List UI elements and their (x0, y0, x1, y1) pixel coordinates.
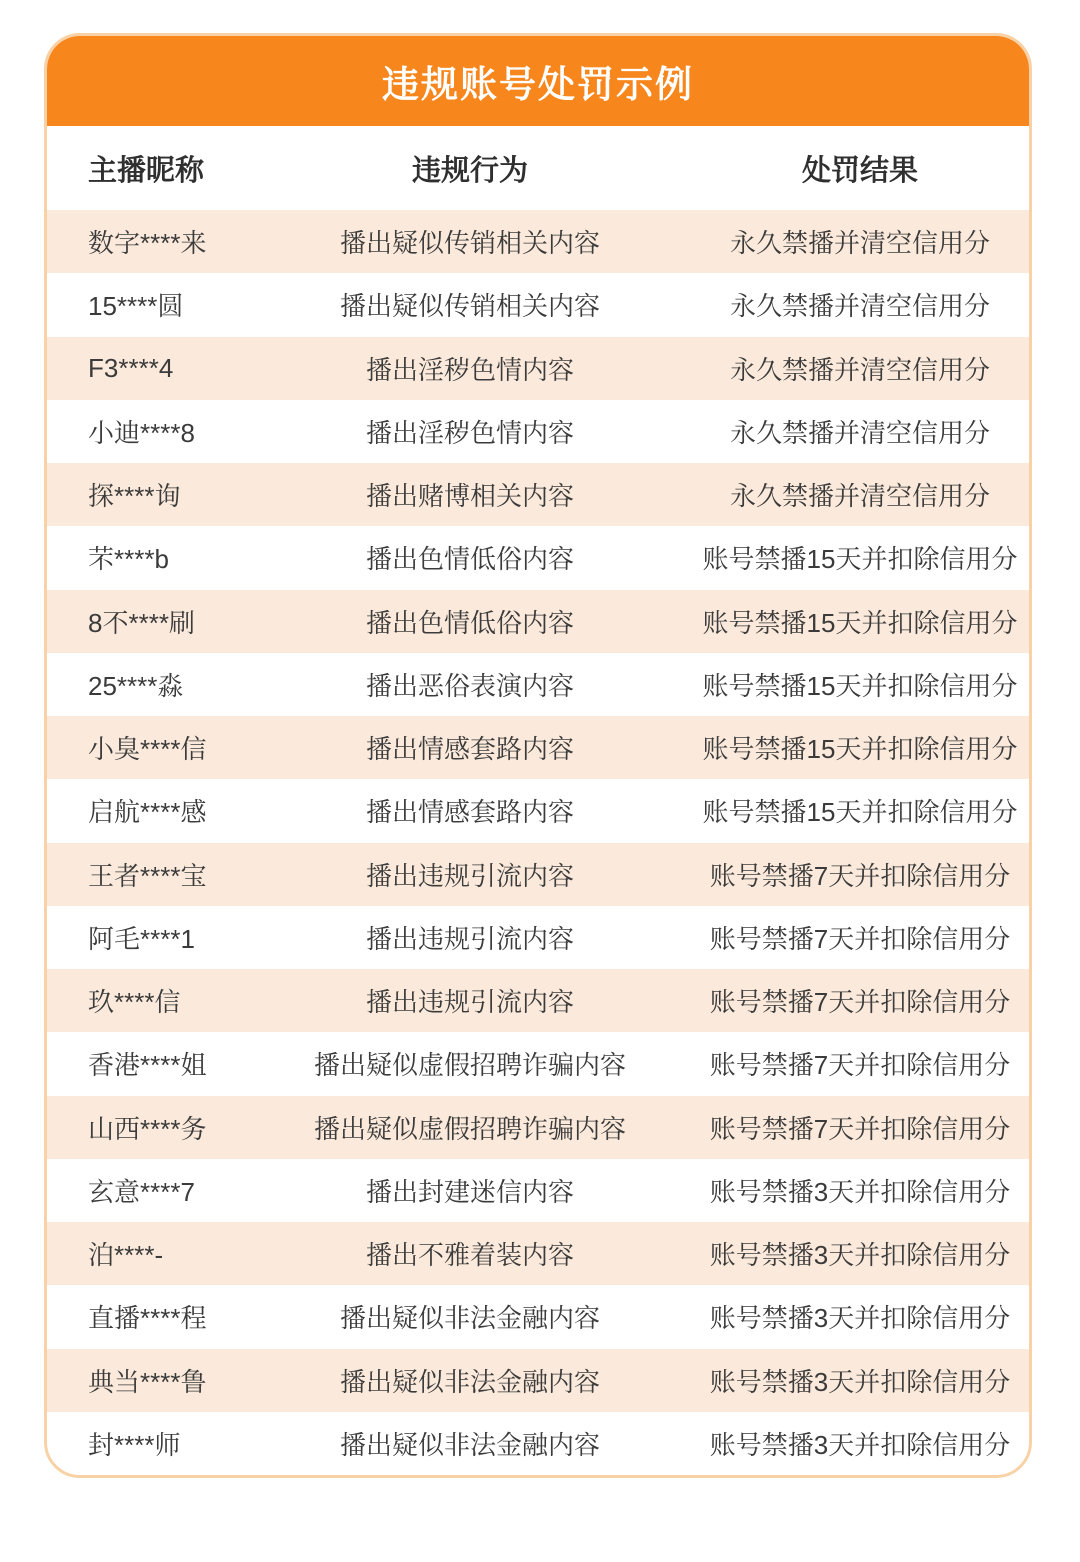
nickname-cell: 玖****信 (47, 982, 249, 1019)
violation-cell: 播出恶俗表演内容 (249, 666, 691, 703)
violation-cell: 播出淫秽色情内容 (249, 350, 691, 387)
nickname-cell: 香港****姐 (47, 1045, 249, 1082)
nickname-cell: 芣****b (47, 539, 249, 576)
table-row: 小迪****8播出淫秽色情内容永久禁播并清空信用分 (47, 400, 1029, 463)
table-row: 8不****刷播出色情低俗内容账号禁播15天并扣除信用分 (47, 590, 1029, 653)
violation-cell: 播出疑似非法金融内容 (249, 1298, 691, 1335)
result-cell: 账号禁播15天并扣除信用分 (691, 603, 1029, 640)
table-row: 泊****-播出不雅着装内容账号禁播3天并扣除信用分 (47, 1222, 1029, 1285)
violation-cell: 播出色情低俗内容 (249, 603, 691, 640)
violation-cell: 播出淫秽色情内容 (249, 413, 691, 450)
penalty-examples-card: 违规账号处罚示例 主播昵称 违规行为 处罚结果 数字****来播出疑似传销相关内… (44, 33, 1032, 1478)
table-row: 小臭****信播出情感套路内容账号禁播15天并扣除信用分 (47, 716, 1029, 779)
violation-cell: 播出疑似虚假招聘诈骗内容 (249, 1045, 691, 1082)
table-row: 香港****姐播出疑似虚假招聘诈骗内容账号禁播7天并扣除信用分 (47, 1032, 1029, 1095)
nickname-cell: 典当****鲁 (47, 1362, 249, 1399)
result-cell: 账号禁播3天并扣除信用分 (691, 1172, 1029, 1209)
violation-cell: 播出疑似传销相关内容 (249, 286, 691, 323)
violation-cell: 播出情感套路内容 (249, 792, 691, 829)
nickname-cell: 王者****宝 (47, 856, 249, 893)
result-cell: 永久禁播并清空信用分 (691, 286, 1029, 323)
violation-cell: 播出疑似非法金融内容 (249, 1425, 691, 1462)
violation-cell: 播出封建迷信内容 (249, 1172, 691, 1209)
violation-cell: 播出赌博相关内容 (249, 476, 691, 513)
result-cell: 账号禁播3天并扣除信用分 (691, 1298, 1029, 1335)
table-row: 数字****来播出疑似传销相关内容永久禁播并清空信用分 (47, 210, 1029, 273)
violation-cell: 播出违规引流内容 (249, 982, 691, 1019)
nickname-cell: 启航****感 (47, 792, 249, 829)
column-header-penalty-result: 处罚结果 (691, 148, 1029, 189)
violation-cell: 播出色情低俗内容 (249, 539, 691, 576)
nickname-cell: 15****圆 (47, 286, 249, 323)
violation-cell: 播出不雅着装内容 (249, 1235, 691, 1272)
violation-cell: 播出违规引流内容 (249, 919, 691, 956)
table-row: 15****圆播出疑似传销相关内容永久禁播并清空信用分 (47, 273, 1029, 336)
column-header-violation-behavior: 违规行为 (249, 148, 691, 189)
nickname-cell: 直播****程 (47, 1298, 249, 1335)
result-cell: 永久禁播并清空信用分 (691, 223, 1029, 260)
result-cell: 永久禁播并清空信用分 (691, 413, 1029, 450)
result-cell: 账号禁播7天并扣除信用分 (691, 919, 1029, 956)
result-cell: 账号禁播15天并扣除信用分 (691, 792, 1029, 829)
result-cell: 账号禁播7天并扣除信用分 (691, 856, 1029, 893)
violation-cell: 播出情感套路内容 (249, 729, 691, 766)
nickname-cell: F3****4 (47, 353, 249, 384)
result-cell: 账号禁播7天并扣除信用分 (691, 1045, 1029, 1082)
table-row: 玖****信播出违规引流内容账号禁播7天并扣除信用分 (47, 969, 1029, 1032)
nickname-cell: 25****淼 (47, 666, 249, 703)
card-header: 违规账号处罚示例 (47, 36, 1029, 126)
result-cell: 账号禁播3天并扣除信用分 (691, 1425, 1029, 1462)
table-row: 玄意****7播出封建迷信内容账号禁播3天并扣除信用分 (47, 1159, 1029, 1222)
table-body: 数字****来播出疑似传销相关内容永久禁播并清空信用分15****圆播出疑似传销… (47, 210, 1029, 1475)
violation-cell: 播出疑似非法金融内容 (249, 1362, 691, 1399)
table-row: 山西****务播出疑似虚假招聘诈骗内容账号禁播7天并扣除信用分 (47, 1096, 1029, 1159)
result-cell: 账号禁播7天并扣除信用分 (691, 982, 1029, 1019)
nickname-cell: 8不****刷 (47, 603, 249, 640)
result-cell: 账号禁播7天并扣除信用分 (691, 1109, 1029, 1146)
result-cell: 账号禁播15天并扣除信用分 (691, 666, 1029, 703)
nickname-cell: 小臭****信 (47, 729, 249, 766)
table-row: 芣****b播出色情低俗内容账号禁播15天并扣除信用分 (47, 526, 1029, 589)
result-cell: 账号禁播15天并扣除信用分 (691, 729, 1029, 766)
table-row: 阿毛****1播出违规引流内容账号禁播7天并扣除信用分 (47, 906, 1029, 969)
nickname-cell: 阿毛****1 (47, 919, 249, 956)
result-cell: 账号禁播3天并扣除信用分 (691, 1362, 1029, 1399)
violation-cell: 播出疑似传销相关内容 (249, 223, 691, 260)
column-header-streamer-nickname: 主播昵称 (47, 148, 249, 189)
table-row: 王者****宝播出违规引流内容账号禁播7天并扣除信用分 (47, 843, 1029, 906)
table-row: 25****淼播出恶俗表演内容账号禁播15天并扣除信用分 (47, 653, 1029, 716)
nickname-cell: 泊****- (47, 1235, 249, 1272)
table-row: 直播****程播出疑似非法金融内容账号禁播3天并扣除信用分 (47, 1285, 1029, 1348)
result-cell: 账号禁播15天并扣除信用分 (691, 539, 1029, 576)
violation-cell: 播出疑似虚假招聘诈骗内容 (249, 1109, 691, 1146)
result-cell: 永久禁播并清空信用分 (691, 476, 1029, 513)
nickname-cell: 小迪****8 (47, 413, 249, 450)
result-cell: 账号禁播3天并扣除信用分 (691, 1235, 1029, 1272)
nickname-cell: 封****师 (47, 1425, 249, 1462)
table-row: 典当****鲁播出疑似非法金融内容账号禁播3天并扣除信用分 (47, 1349, 1029, 1412)
table-row: 启航****感播出情感套路内容账号禁播15天并扣除信用分 (47, 779, 1029, 842)
table-row: 探****询播出赌博相关内容永久禁播并清空信用分 (47, 463, 1029, 526)
nickname-cell: 探****询 (47, 476, 249, 513)
result-cell: 永久禁播并清空信用分 (691, 350, 1029, 387)
card-title: 违规账号处罚示例 (382, 54, 694, 108)
table-row: F3****4播出淫秽色情内容永久禁播并清空信用分 (47, 337, 1029, 400)
table-row: 封****师播出疑似非法金融内容账号禁播3天并扣除信用分 (47, 1412, 1029, 1475)
table-header-row: 主播昵称 违规行为 处罚结果 (47, 126, 1029, 210)
nickname-cell: 玄意****7 (47, 1172, 249, 1209)
nickname-cell: 山西****务 (47, 1109, 249, 1146)
nickname-cell: 数字****来 (47, 223, 249, 260)
violation-cell: 播出违规引流内容 (249, 856, 691, 893)
